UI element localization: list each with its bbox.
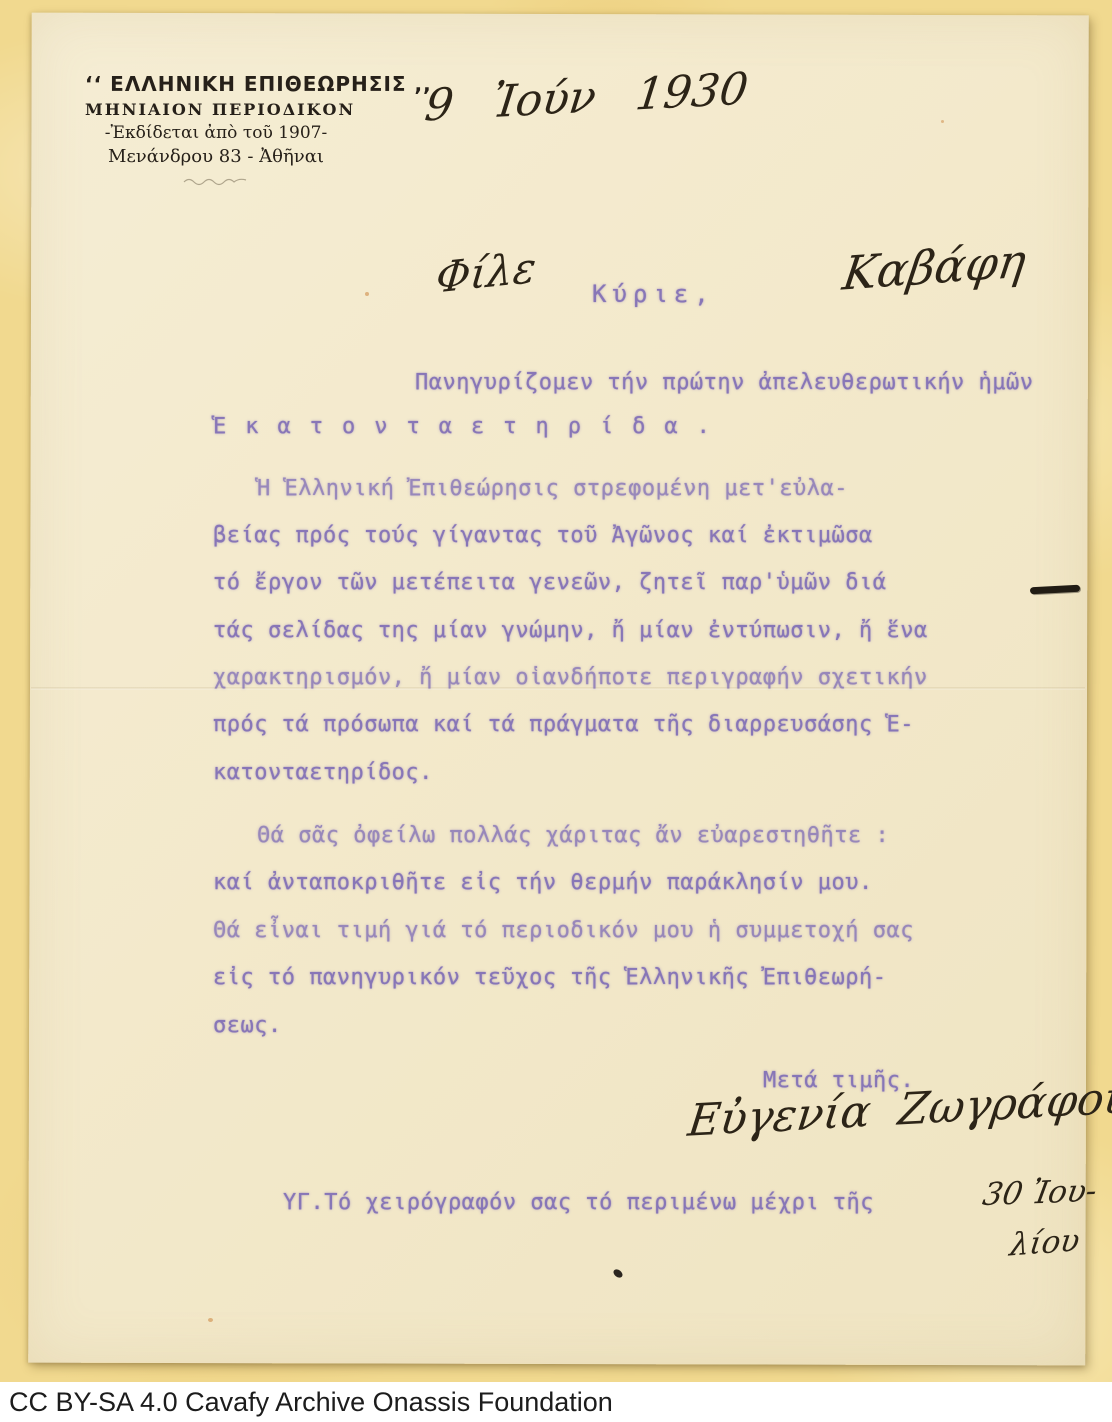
body-line: Θά εἶναι τιμή γιά τό περιοδικόν μου ἡ συ… (213, 920, 914, 942)
attribution-bar: CC BY-SA 4.0 Cavafy Archive Onassis Foun… (0, 1382, 1112, 1422)
body-line: κατονταετηρίδος. (213, 762, 433, 784)
letterhead: ‘‘ ΕΛΛΗΝΙΚΗ ΕΠΙΘΕΩΡΗΣΙΣ ,, ΜΗΝΙΑΙΟΝ ΠΕΡΙ… (85, 72, 347, 190)
scanned-letter-canvas: ‘‘ ΕΛΛΗΝΙΚΗ ΕΠΙΘΕΩΡΗΣΙΣ ,, ΜΗΝΙΑΙΟΝ ΠΕΡΙ… (0, 0, 1112, 1422)
body-line: καί ἀνταποκριθῆτε εἰς τήν θερμήν παράκλη… (213, 872, 873, 894)
body-line: χαρακτηρισμόν, ἤ μίαν οἱανδήποτε περιγρα… (213, 667, 928, 689)
body-line: Ἡ Ἑλληνική Ἐπιθεώρησις στρεφομένη μετ'εὐ… (257, 478, 848, 500)
body-line: τάς σελίδας της μίαν γνώμην, ἤ μίαν ἐντύ… (213, 620, 928, 642)
letterhead-published-since: -Ἐκδίδεται ἀπὸ τοῦ 1907- (85, 123, 347, 143)
foxing-stain (941, 120, 944, 123)
letterhead-subtitle: ΜΗΝΙΑΙΟΝ ΠΕΡΙΟΔΙΚΟΝ (85, 100, 347, 119)
letterhead-flourish-icon (85, 171, 347, 190)
body-line: εἰς τό πανηγυρικόν τεῦχος τῆς Ἑλληνικῆς … (213, 967, 887, 989)
body-line: Ἑκατονταετηρίδα. (213, 416, 729, 438)
foxing-stain (208, 1318, 213, 1322)
handwritten-recipient-name: Καβάφη (840, 237, 1029, 296)
typed-salutation: Κύριε, (592, 282, 715, 306)
attribution-label: CC BY-SA 4.0 Cavafy Archive Onassis Foun… (0, 1382, 1112, 1422)
letterhead-address: Μενάνδρου 83 - Ἀθῆναι (85, 146, 347, 167)
body-line: Πανηγυρίζομεν τήν πρώτην ἀπελευθερωτικήν… (415, 372, 1034, 394)
handwritten-ps-date-line2: λίου (1008, 1225, 1082, 1261)
handwritten-ps-date-line1: 30 Ἰου- (980, 1176, 1099, 1211)
body-line: Θά σᾶς ὀφείλω πολλάς χάριτας ἄν εὐαρεστη… (257, 825, 889, 847)
body-line: πρός τά πρόσωπα καί τά πράγματα τῆς διαρ… (213, 714, 914, 736)
body-line: σεως. (213, 1015, 282, 1037)
foxing-stain (365, 292, 369, 296)
letterhead-title: ‘‘ ΕΛΛΗΝΙΚΗ ΕΠΙΘΕΩΡΗΣΙΣ ,, (85, 72, 347, 96)
postscript-typed: ΥΓ.Τό χειρόγραφόν σας τό περιμένω μέχρι … (283, 1192, 874, 1214)
body-line: βείας πρός τούς γίγαντας τοῦ Ἀγῶνος καί … (213, 525, 873, 547)
body-line: τό ἔργον τῶν μετέπειτα γενεῶν, ζητεῖ παρ… (213, 572, 887, 594)
handwritten-salutation-prefix: Φίλε (434, 246, 538, 299)
